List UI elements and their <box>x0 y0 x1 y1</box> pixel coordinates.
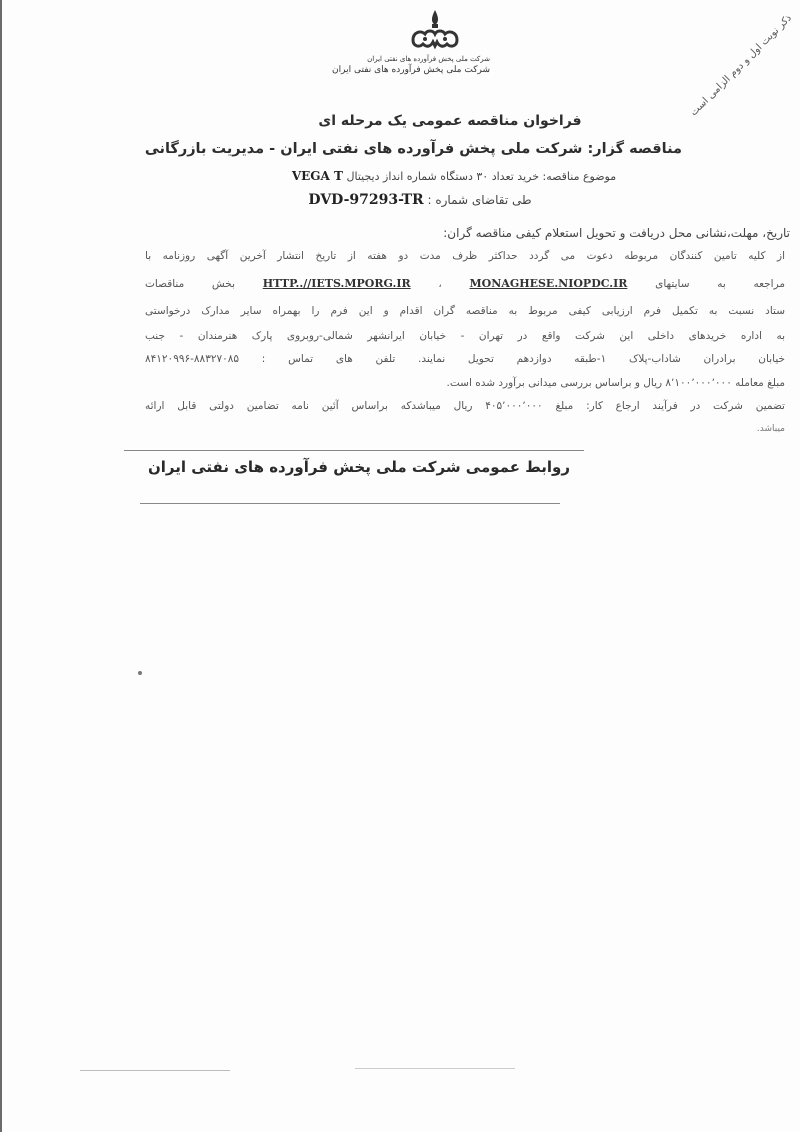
scanned-document-page: شرکت ملی پخش فرآورده های نفتی ایران شرکت… <box>0 0 800 1132</box>
body-line-2-prefix: مراجعه به سایتهای <box>655 278 785 290</box>
product-name: VEGA T <box>292 169 343 183</box>
signature-public-relations: روابط عمومی شرکت ملی پخش فرآورده های نفت… <box>130 458 570 476</box>
subject-label: موضوع مناقصه: خرید تعداد ۳۰ دستگاه شماره… <box>346 170 616 183</box>
body-line-3: ستاد نسبت به تکمیل فرم ارزیابی کیفی مربو… <box>145 305 785 317</box>
body-line-7-guarantee: تضمین شرکت در فرآیند ارجاع کار: مبلغ ۴۰۵… <box>145 400 785 412</box>
niopdc-flame-logo-icon <box>407 8 463 54</box>
link-iets-mporg[interactable]: HTTP..//IETS.MPORG.IR <box>263 277 411 290</box>
url-separator: ، <box>438 278 441 290</box>
footer-scan-line-right <box>355 1068 515 1069</box>
body-line-6-amount: مبلغ معامله ۸٬۱۰۰٬۰۰۰٬۰۰۰ ریال و براساس … <box>447 377 785 389</box>
request-number: طی تقاضای شماره : DVD-97293-TR <box>290 192 550 208</box>
body-line-4: به اداره خریدهای داخلی این شرکت واقع در … <box>145 330 785 342</box>
scan-edge <box>0 0 2 1132</box>
footer-scan-line-left <box>80 1070 230 1071</box>
handwritten-stamp-note: ذکر نوبت اول و دوم الزامی است <box>688 13 794 119</box>
divider-bottom <box>140 503 560 504</box>
body-line-1: از کلیه تامین کنندگان مربوطه دعوت می گرد… <box>145 250 785 262</box>
tender-subject: موضوع مناقصه: خرید تعداد ۳۰ دستگاه شماره… <box>240 169 668 183</box>
body-line-5-contact: خیابان برادران شاداب-پلاک ۱-طبقه دوازدهم… <box>145 353 785 365</box>
body-line-2-suffix: بخش مناقصات <box>145 278 235 290</box>
company-logo: شرکت ملی پخش فرآورده های نفتی ایران شرکت… <box>380 8 490 96</box>
link-monaghese-niopdc[interactable]: MONAGHESE.NIOPDC.IR <box>469 277 627 290</box>
tender-party: مناقصه گزار: شرکت ملی پخش فرآورده های نف… <box>222 141 682 157</box>
body-line-2: مراجعه به سایتهای HTTP..//IETS.MPORG.IR … <box>145 277 785 290</box>
request-code: DVD-97293-TR <box>308 192 423 208</box>
divider-top <box>124 450 584 451</box>
logo-subtitle-small: شرکت ملی پخش فرآورده های نفتی ایران <box>380 56 490 63</box>
document-title: فراخوان مناقصه عمومی یک مرحله ای <box>220 113 680 129</box>
body-line-8: میباشد. <box>757 424 785 434</box>
request-label: طی تقاضای شماره : <box>427 193 531 207</box>
logo-subtitle-calligraphy: شرکت ملی پخش فرآورده های نفتی ایران <box>380 66 490 75</box>
scan-speck <box>138 671 142 675</box>
section-heading: تاریخ، مهلت،نشانی محل دریافت و تحویل است… <box>443 226 790 240</box>
